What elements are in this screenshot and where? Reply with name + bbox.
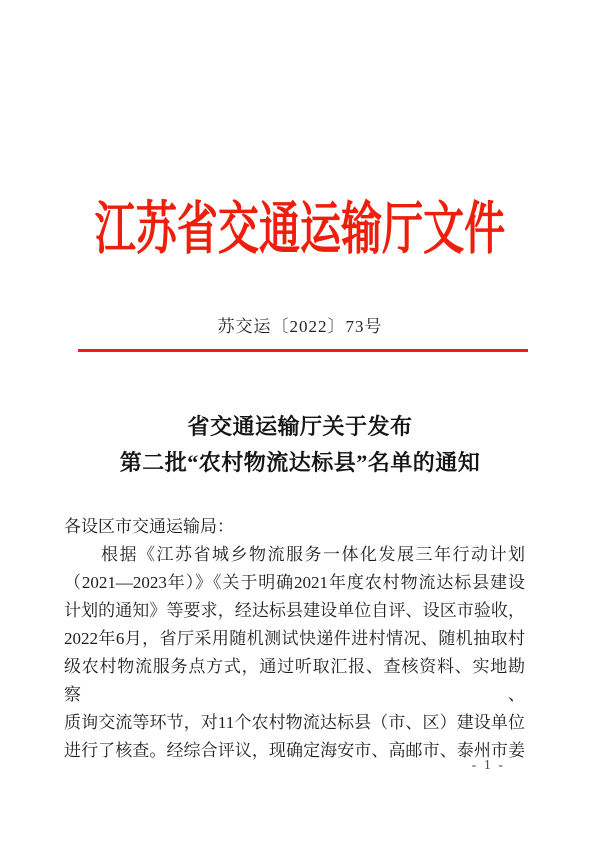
- document-page: 江苏省交通运输厅文件 苏交运〔2022〕73号 省交通运输厅关于发布 第二批“农…: [0, 0, 600, 848]
- agency-banner-title: 江苏省交通运输厅文件: [95, 193, 505, 267]
- body-line: 计划的通知》等要求，经达标县建设单位自评、设区市验收，: [64, 597, 525, 625]
- page-number: - 1 -: [472, 757, 505, 775]
- document-number: 苏交运〔2022〕73号: [0, 316, 600, 338]
- document-title-line-1: 省交通运输厅关于发布: [0, 409, 600, 445]
- salutation: 各设区市交通运输局：: [64, 513, 525, 541]
- body-line: （2021—2023年）》《关于明确2021年度农村物流达标县建设: [64, 569, 525, 597]
- body-text-block: 各设区市交通运输局： 根据《江苏省城乡物流服务一体化发展三年行动计划 （2021…: [64, 513, 525, 765]
- red-separator-line: [78, 349, 528, 352]
- document-title-line-2: 第二批“农村物流达标县”名单的通知: [0, 445, 600, 481]
- body-line: 质询交流等环节，对11个农村物流达标县（市、区）建设单位: [64, 709, 525, 737]
- body-line: 进行了核查。经综合评议，现确定海安市、高邮市、泰州市姜: [64, 737, 525, 765]
- red-header-banner: 江苏省交通运输厅文件: [0, 193, 600, 269]
- body-line: 级农村物流服务点方式，通过听取汇报、查核资料、实地勘察、: [64, 653, 525, 709]
- body-line: 根据《江苏省城乡物流服务一体化发展三年行动计划: [64, 541, 525, 569]
- body-line: 2022年6月，省厅采用随机测试快递件进村情况、随机抽取村: [64, 625, 525, 653]
- document-title: 省交通运输厅关于发布 第二批“农村物流达标县”名单的通知: [0, 409, 600, 481]
